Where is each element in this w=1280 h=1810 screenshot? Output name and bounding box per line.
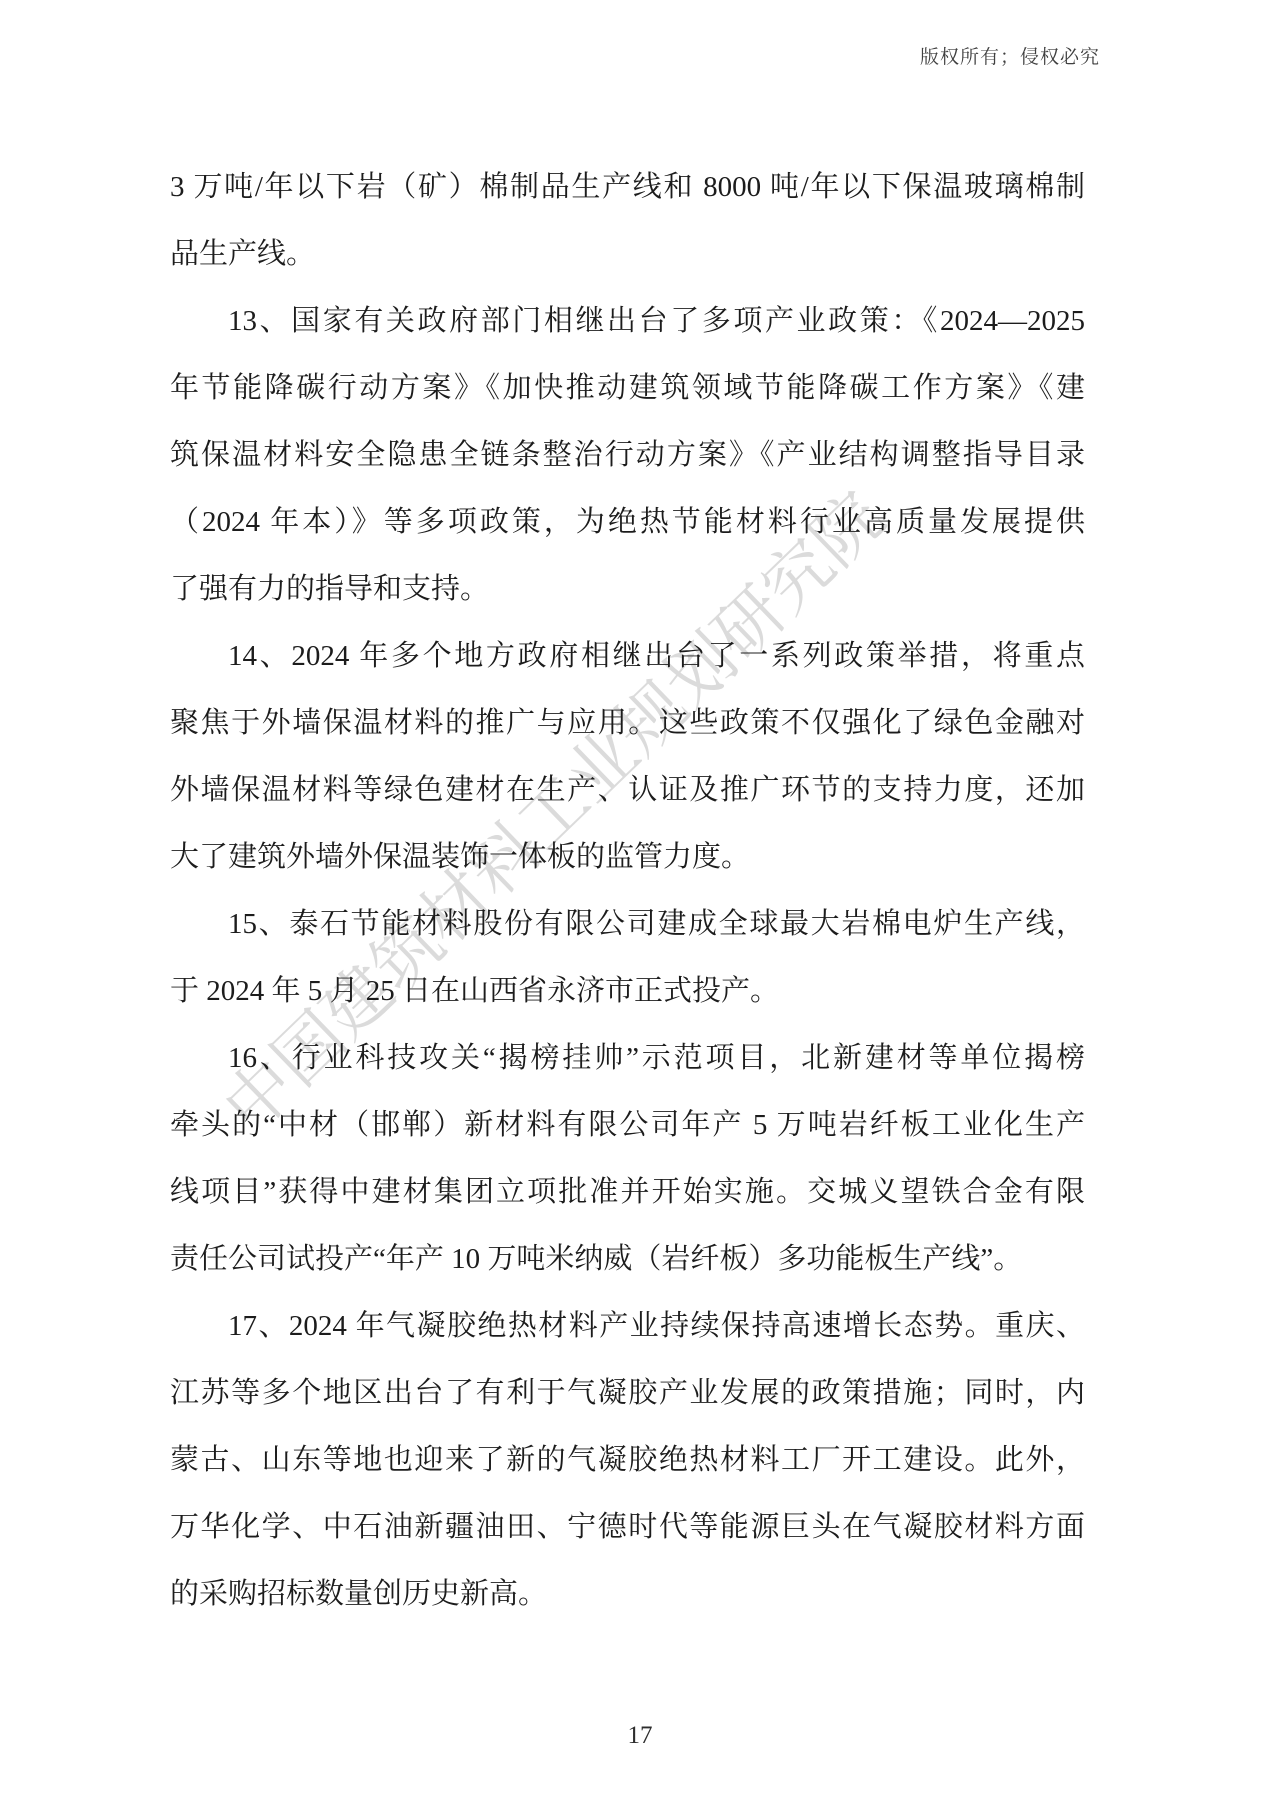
- text-line: 聚焦于外墙保温材料的推广与应用。这些政策不仅强化了绿色金融对: [170, 690, 1085, 757]
- text-line: 筑保温材料安全隐患全链条整治行动方案》《产业结构调整指导目录: [170, 422, 1085, 489]
- text-line: 蒙古、山东等地也迎来了新的气凝胶绝热材料工厂开工建设。此外，: [170, 1427, 1085, 1494]
- text-line: 16、行业科技攻关“揭榜挂帅”示范项目，北新建材等单位揭榜: [170, 1025, 1085, 1092]
- text-line: 17、2024 年气凝胶绝热材料产业持续保持高速增长态势。重庆、: [170, 1293, 1085, 1360]
- text-line: 3 万吨/年以下岩（矿）棉制品生产线和 8000 吨/年以下保温玻璃棉制: [170, 154, 1085, 221]
- page-number: 17: [0, 1722, 1280, 1750]
- document-page: 版权所有；侵权必究 中国建筑材料工业规划研究院 3 万吨/年以下岩（矿）棉制品生…: [0, 0, 1280, 1810]
- copyright-notice: 版权所有；侵权必究: [920, 42, 1100, 69]
- text-line: 年节能降碳行动方案》《加快推动建筑领域节能降碳工作方案》《建: [170, 355, 1085, 422]
- text-line: 13、国家有关政府部门相继出台了多项产业政策：《2024—2025: [170, 288, 1085, 355]
- text-line: 14、2024 年多个地方政府相继出台了一系列政策举措，将重点: [170, 623, 1085, 690]
- text-line: 外墙保温材料等绿色建材在生产、认证及推广环节的支持力度，还加: [170, 757, 1085, 824]
- text-line: 品生产线。: [170, 221, 1085, 288]
- text-line: 江苏等多个地区出台了有利于气凝胶产业发展的政策措施；同时，内: [170, 1360, 1085, 1427]
- text-line: 大了建筑外墙外保温装饰一体板的监管力度。: [170, 824, 1085, 891]
- text-line: 了强有力的指导和支持。: [170, 556, 1085, 623]
- text-line: 的采购招标数量创历史新高。: [170, 1561, 1085, 1628]
- text-line: 责任公司试投产“年产 10 万吨米纳威（岩纤板）多功能板生产线”。: [170, 1226, 1085, 1293]
- text-line: 15、泰石节能材料股份有限公司建成全球最大岩棉电炉生产线，: [170, 891, 1085, 958]
- document-body: 3 万吨/年以下岩（矿）棉制品生产线和 8000 吨/年以下保温玻璃棉制品生产线…: [170, 154, 1085, 1628]
- text-line: 万华化学、中石油新疆油田、宁德时代等能源巨头在气凝胶材料方面: [170, 1494, 1085, 1561]
- text-line: 于 2024 年 5 月 25 日在山西省永济市正式投产。: [170, 958, 1085, 1025]
- text-line: （2024 年本）》等多项政策，为绝热节能材料行业高质量发展提供: [170, 489, 1085, 556]
- text-line: 牵头的“中材（邯郸）新材料有限公司年产 5 万吨岩纤板工业化生产: [170, 1092, 1085, 1159]
- text-line: 线项目”获得中建材集团立项批准并开始实施。交城义望铁合金有限: [170, 1159, 1085, 1226]
